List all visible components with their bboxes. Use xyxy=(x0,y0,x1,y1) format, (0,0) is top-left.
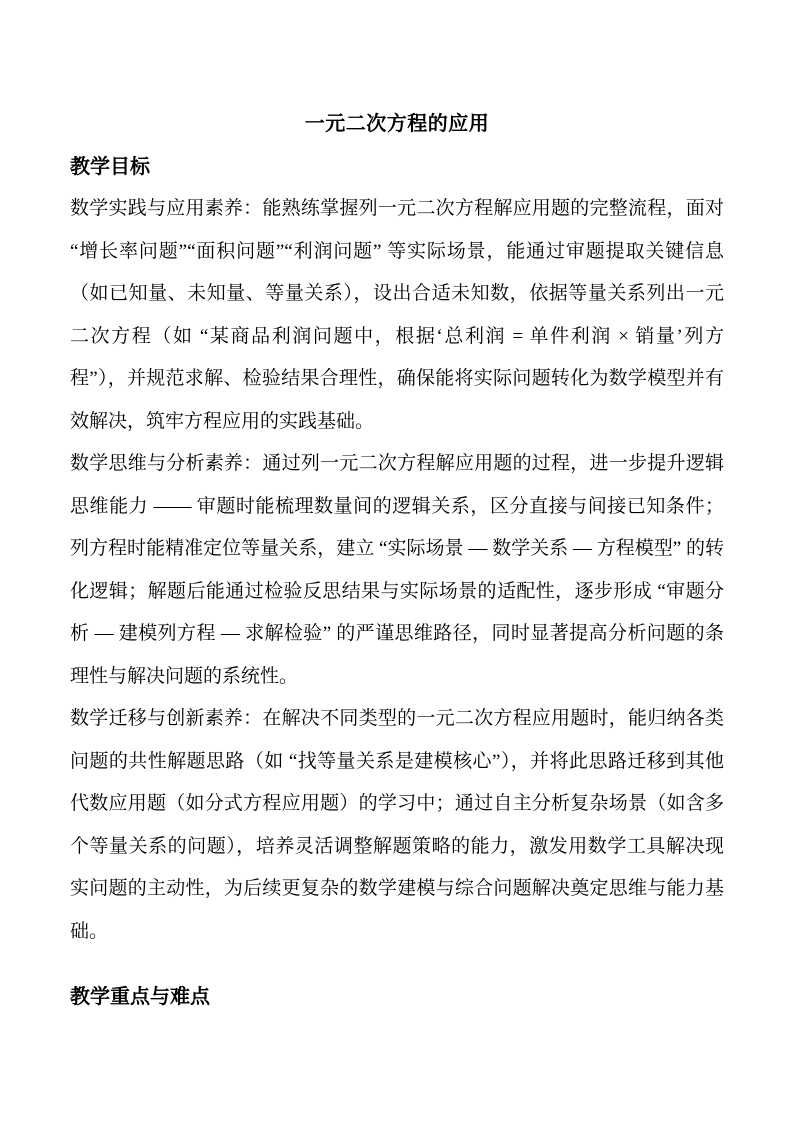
section-heading-key-points-difficulties: 教学重点与难点 xyxy=(70,976,724,1019)
document-page: 一元二次方程的应用 教学目标 数学实践与应用素养：能熟练掌握列一元二次方程解应用… xyxy=(0,0,794,1123)
paragraph-practice-application: 数学实践与应用素养：能熟练掌握列一元二次方程解应用题的完整流程，面对 “增长率问… xyxy=(70,188,724,443)
paragraph-transfer-innovation: 数学迁移与创新素养：在解决不同类型的一元二次方程应用题时，能归纳各类问题的共性解… xyxy=(70,698,724,953)
paragraph-thinking-analysis: 数学思维与分析素养：通过列一元二次方程解应用题的过程，进一步提升逻辑思维能力 —… xyxy=(70,443,724,698)
document-title: 一元二次方程的应用 xyxy=(70,103,724,146)
section-heading-teaching-objectives: 教学目标 xyxy=(70,146,724,189)
